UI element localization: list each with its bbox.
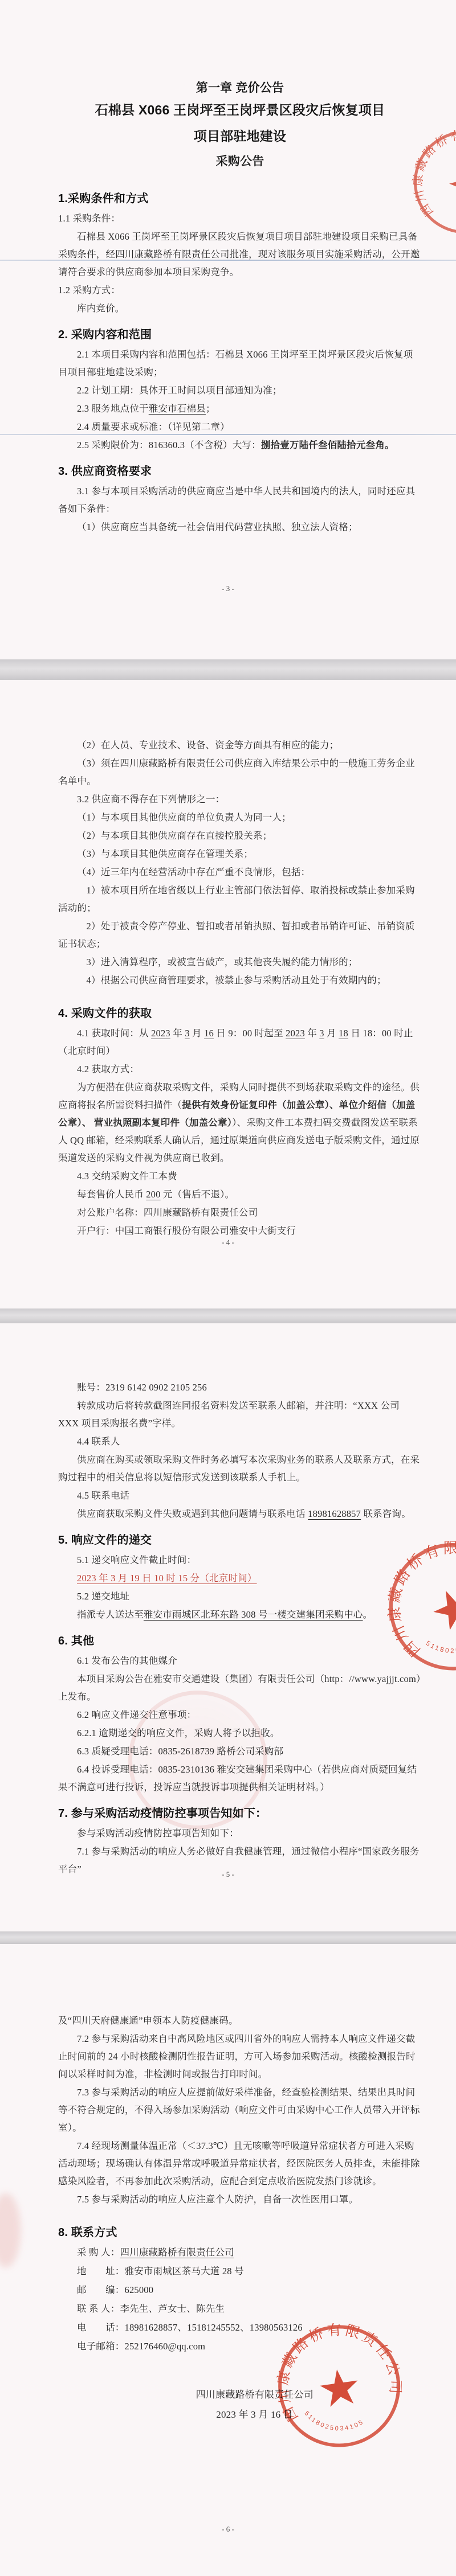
text-run: 4.4 联系人 [77,1436,120,1447]
signature-company: 四川康藏路桥有限责任公司 [58,2386,422,2403]
paragraph: 2.2 计划工期：具体开工时间以项目部通知为准； [58,382,422,399]
text-run: 1.2 采购方式： [58,285,120,296]
paragraph: 对公账户名称：四川康藏路桥有限责任公司 [58,1204,422,1221]
paragraph: 1.2 采购方式： [58,281,422,299]
section-heading: 5. 响应文件的递交 [58,1531,422,1550]
paragraph: 供应商在购买或领取采购文件时务必填写本次采购业务的联系人及联系方式，在采购过程中… [58,1451,422,1486]
page-number: - 6 - [0,2525,456,2534]
paragraph: 4.3 交纳采购文件工本费 [58,1167,422,1185]
text-run: 6.2 响应文件递交注意事项： [77,1709,196,1720]
section-heading: 3. 供应商资格要求 [58,462,422,481]
text-run: 月 [190,1028,204,1039]
paragraph: 库内竞价。 [58,300,422,317]
text-run: （2）在人员、专业技术、设备、资金等方面具有相应的能力； [77,740,339,750]
text-run: 2）处于被责令停产停业、暂扣或者吊销执照、暂扣或者吊销许可证、吊销资质证书状态； [58,921,415,949]
text-run: 雅安市石棉县 [149,403,206,414]
paragraph: 本项目采购公告在雅安市交通建设（集团）有限责任公司（http：//www.yaj… [58,1670,422,1705]
chapter-title: 第一章 竞价公告 [58,80,422,97]
text-run: 4.1 获取时间：从 [77,1028,151,1039]
text-run: 2.4 质量要求或标准：（详见第二章） [77,421,230,432]
paragraph: 4.1 获取时间：从 2023 年 3 月 16 日 9：00 时起至 2023… [58,1024,422,1060]
text-run: 石棉县 X066 王岗坪至王岗坪景区段灾后恢复项目项目部驻地建设项目采购已具备采… [58,231,420,277]
paragraph: 5.2 递交地址 [58,1588,422,1605]
text-run: 2. 采购内容和范围 [58,329,152,341]
text-run: 。 [363,1609,373,1620]
paragraph: 2.3 服务地点位于雅安市石棉县； [58,400,422,417]
text-run: 采 购 人： [77,2247,120,2258]
text-run: 8. 联系方式 [58,2226,117,2239]
paragraph: 7.3 参与采购活动的响应人应提前做好采样准备，经查验检测结果、结果出具时间等不… [58,2083,422,2136]
paragraph: 4.2 获取方式： [58,1060,422,1078]
text-run: 200 [146,1189,160,1200]
text-run: 对公账户名称：四川康藏路桥有限责任公司 [77,1207,258,1218]
paragraph: 7.5 参与采购活动的响应人应注意个人防护，自备一次性医用口罩。 [58,2191,422,2208]
section-heading: 7. 参与采购活动疫情防控事项告知如下： [58,1804,422,1823]
paragraph: （1）供应商应当具备统一社会信用代码营业执照、独立法人资格； [58,518,422,536]
paragraph: 6.2.1 逾期递交的响应文件，采购人将予以拒收。 [58,1724,422,1742]
text-run: 4.2 获取方式： [77,1064,139,1074]
text-run: 2023 [151,1028,170,1039]
text-run: 年 [305,1028,319,1039]
paragraph: 1.1 采购条件： [58,210,422,227]
page-number: - 4 - [0,1238,456,1247]
text-run: ； [206,403,215,414]
text-run: 转款成功后将转款截图连同报名资料发送至联系人邮箱，并注明：“XXX 公司 XXX… [58,1400,400,1429]
paragraph: 4）根据公司供应商管理要求，被禁止参与采购活动且处于有效期内的； [58,971,422,989]
paragraph: 账号：2319 6142 0902 2105 256 [58,1379,422,1396]
text-run: 2023 年 3 月 19 日 10 时 15 分（北京时间） [77,1573,257,1584]
text-run: 2.3 服务地点位于 [77,403,149,414]
text-run: 电子邮箱：252176460@qq.com [77,2341,205,2352]
text-run: （4）近三年内在经营活动中存在严重不良情形，包括： [77,867,310,877]
section-heading: 1.采购条件和方式 [58,189,422,208]
paragraph: 2.5 采购限价为：816360.3（不含税）大写：捌拾壹万陆仟叁佰陆拾元叁角。 [58,436,422,454]
paragraph: （1）与本项目其他供应商的单位负责人为同一人； [58,809,422,826]
text-run: 6.4 投诉受理电话：0835-2310136 雅安交建集团采购中心（若供应商对… [58,1764,417,1792]
text-run: 本项目采购公告在雅安市交通建设（集团）有限责任公司（http：//www.yaj… [58,1673,421,1702]
paragraph: （3）与本项目其他供应商存在管理关系； [58,845,422,863]
text-run: 捌拾壹万陆仟叁佰陆拾元叁角。 [261,440,394,450]
text-run: 2.1 本项目采购内容和范围包括：石棉县 X066 王岗坪至王岗坪景区段灾后恢复… [58,349,413,378]
text-run: （1）与本项目其他供应商的单位负责人为同一人； [77,812,291,823]
paragraph: （2）在人员、专业技术、设备、资金等方面具有相应的能力； [58,736,422,754]
text-run: 4.3 交纳采购文件工本费 [77,1171,177,1182]
page-3: 账号：2319 6142 0902 2105 256转款成功后将转款截图连同报名… [0,1323,456,1931]
text-run: 3 [185,1028,189,1039]
paragraph: 转款成功后将转款截图连同报名资料发送至联系人邮箱，并注明：“XXX 公司 XXX… [58,1397,422,1432]
text-run: 年 [170,1028,185,1039]
section-heading: 6. 其他 [58,1631,422,1651]
text-run: 6. 其他 [58,1635,94,1647]
page-number: - 3 - [0,584,456,593]
text-run: 库内竞价。 [77,303,125,314]
text-run: 1.1 采购条件： [58,213,120,224]
page-2-content: （2）在人员、专业技术、设备、资金等方面具有相应的能力；（3）须在四川康藏路桥有… [0,680,456,1240]
document-title: 石棉县 X066 王岗坪至王岗坪景区段灾后恢复项目 [58,97,422,123]
text-run: 2023 [286,1028,305,1039]
paragraph: 参与采购活动疫情防控事项告知如下： [58,1824,422,1842]
section-heading: 4. 采购文件的获取 [58,1004,422,1023]
text-run: 邮 编：625000 [77,2284,153,2295]
text-run: 采购公告 [216,155,264,168]
paragraph: （4）近三年内在经营活动中存在严重不良情形，包括： [58,863,422,881]
text-run: 7.3 参与采购活动的响应人应提前做好采样准备，经查验检测结果、结果出具时间等不… [58,2087,420,2133]
text-run: 6.1 发布公告的其他媒介 [77,1655,177,1666]
text-run: 6.2.1 逾期递交的响应文件，采购人将予以拒收。 [77,1728,280,1738]
text-run: 18981628857 [308,1508,361,1519]
page-3-content: 账号：2319 6142 0902 2105 256转款成功后将转款截图连同报名… [0,1323,456,1878]
text-run: 雅安市雨城区北环东路 308 号一楼交建集团采购中心 [144,1609,363,1620]
text-run: 日 9：00 时起至 [214,1028,286,1039]
text-run: 账号：2319 6142 0902 2105 256 [77,1382,207,1393]
text-run: 4）根据公司供应商管理要求，被禁止参与采购活动且处于有效期内的； [87,975,386,986]
text-run: 7. 参与采购活动疫情防控事项告知如下： [58,1807,267,1820]
text-run: 3 [319,1028,324,1039]
paragraph: 3）进入清算程序，或被宣告破产，或其他丧失履约能力情形的； [58,953,422,971]
text-run: 项目部驻地建设 [194,129,286,143]
page-separator [0,1308,456,1323]
text-run: 第一章 竞价公告 [196,81,284,95]
signature-date: 2023 年 3 月 16 日 [58,2406,422,2423]
text-run: 5. 响应文件的递交 [58,1534,152,1547]
paragraph: （3）须在四川康藏路桥有限责任公司供应商入库结果公示中的一般施工劳务企业名单中。 [58,754,422,790]
text-run: 6.3 质疑受理电话：0835-2618739 路桥公司采购部 [77,1746,283,1757]
text-run: （1）供应商应当具备统一社会信用代码营业执照、独立法人资格； [77,522,358,532]
page-2: （2）在人员、专业技术、设备、资金等方面具有相应的能力；（3）须在四川康藏路桥有… [0,680,456,1308]
text-run: （3）须在四川康藏路桥有限责任公司供应商入库结果公示中的一般施工劳务企业名单中。 [58,758,415,786]
contact-row: 采 购 人：四川康藏路桥有限责任公司 [58,2243,422,2261]
paragraph: （2）与本项目其他供应商存在直接控股关系； [58,827,422,844]
paragraph: 2.1 本项目采购内容和范围包括：石棉县 X066 王岗坪至王岗坪景区段灾后恢复… [58,346,422,381]
text-run: （2）与本项目其他供应商存在直接控股关系； [77,830,272,841]
scanned-document: 第一章 竞价公告石棉县 X066 王岗坪至王岗坪景区段灾后恢复项目项目部驻地建设… [0,0,456,2576]
text-run: 地 址：雅安市雨城区茶马大道 28 号 [77,2266,244,2276]
text-run: 元（售后不退）。 [161,1189,235,1200]
paragraph: 1）被本项目所在地省级以上行业主管部门依法暂停、取消投标或禁止参加采购活动的； [58,881,422,917]
text-run: 2.2 计划工期：具体开工时间以项目部通知为准； [77,385,282,396]
page-1-content: 第一章 竞价公告石棉县 X066 王岗坪至王岗坪景区段灾后恢复项目项目部驻地建设… [0,0,456,536]
text-run: 4.5 联系电话 [77,1490,129,1501]
text-run: 3. 供应商资格要求 [58,465,152,478]
paragraph: 3.2 供应商不得存在下列情形之一： [58,790,422,808]
text-run: 18 [339,1028,348,1039]
paragraph: 每套售价人民币 200 元（售后不退）。 [58,1186,422,1203]
text-run: 7.4 经现场测量体温正常（＜37.3℃）且无咳嗽等呼吸道异常症状者方可进入采购… [58,2140,420,2187]
paragraph: 指派专人送达至雅安市雨城区北环东路 308 号一楼交建集团采购中心。 [58,1606,422,1623]
text-run: 2.5 采购限价为：816360.3（不含税）大写： [77,440,261,450]
paragraph: 7.4 经现场测量体温正常（＜37.3℃）且无咳嗽等呼吸道异常症状者方可进入采购… [58,2137,422,2190]
paragraph: 及“四川天府健康通”申领本人防疫健康码。 [58,2012,422,2029]
text-run: 1）被本项目所在地省级以上行业主管部门依法暂停、取消投标或禁止参加采购活动的； [58,885,415,913]
text-run: 供应商在购买或领取采购文件时务必填写本次采购业务的联系人及联系方式，在采购过程中… [58,1454,420,1483]
paragraph: 4.5 联系电话 [58,1487,422,1504]
paragraph: 7.2 参与采购活动来自中高风险地区或四川省外的响应人需持本人响应文件递交截止时… [58,2030,422,2083]
text-run: 3.2 供应商不得存在下列情形之一： [77,794,225,805]
paragraph: 开户行：中国工商银行股份有限公司雅安中大街支行 [58,1222,422,1240]
section-heading: 8. 联系方式 [58,2223,422,2242]
paragraph: 供应商获取采购文件失败或遇到其他问题请与联系电话 18981628857 联系咨… [58,1505,422,1523]
paragraph: 6.2 响应文件递交注意事项： [58,1706,422,1724]
text-run: 4. 采购文件的获取 [58,1007,152,1020]
text-run: 7.2 参与采购活动来自中高风险地区或四川省外的响应人需持本人响应文件递交截止时… [58,2033,416,2079]
page-number: - 5 - [0,1870,456,1879]
paragraph: 5.1 递交响应文件截止时间： [58,1551,422,1569]
paragraph: 6.1 发布公告的其他媒介 [58,1652,422,1670]
text-run: 月 [324,1028,339,1039]
text-run: 供应商获取采购文件失败或遇到其他问题请与联系电话 [77,1508,308,1519]
text-run: 16 [204,1028,214,1039]
text-run: 5.2 递交地址 [77,1591,129,1602]
text-run: 四川康藏路桥有限责任公司 [196,2389,313,2400]
text-run: 电 话：18981628857、15181245552、13980563126 [77,2322,303,2333]
text-run: 3.1 参与本项目采购活动的供应商应当是中华人民共和国境内的法人，同时还应具备如… [58,486,415,514]
document-subtitle: 采购公告 [58,149,422,174]
text-run: 每套售价人民币 [77,1189,146,1200]
paragraph: 石棉县 X066 王岗坪至王岗坪景区段灾后恢复项目项目部驻地建设项目采购已具备采… [58,228,422,281]
text-run: 2023 年 3 月 16 日 [216,2409,293,2420]
page-1: 第一章 竞价公告石棉县 X066 王岗坪至王岗坪景区段灾后恢复项目项目部驻地建设… [0,0,456,659]
paragraph: 2.4 质量要求或标准：（详见第二章） [58,418,422,436]
page-separator [0,659,456,680]
text-run: 开户行：中国工商银行股份有限公司雅安中大街支行 [77,1225,296,1236]
text-run: 5.1 递交响应文件截止时间： [77,1554,196,1565]
page-separator [0,1931,456,1944]
page-4-content: 及“四川天府健康通”申领本人防疫健康码。7.2 参与采购活动来自中高风险地区或四… [0,1944,456,2423]
paragraph: 3.1 参与本项目采购活动的供应商应当是中华人民共和国境内的法人，同时还应具备如… [58,482,422,518]
text-run: 3）进入清算程序，或被宣告破产，或其他丧失履约能力情形的； [87,957,358,967]
paragraph: 2023 年 3 月 19 日 10 时 15 分（北京时间） [58,1569,422,1587]
paragraph: 6.4 投诉受理电话：0835-2310136 雅安交建集团采购中心（若供应商对… [58,1761,422,1796]
document-title: 项目部驻地建设 [58,123,422,149]
text-run: 1.采购条件和方式 [58,192,148,205]
paragraph: 4.4 联系人 [58,1433,422,1450]
text-run: 四川康藏路桥有限责任公司 [120,2247,234,2258]
text-run: 联 系 人：李先生、芦女士、陈先生 [77,2303,225,2314]
page-4: 及“四川天府健康通”申领本人防疫健康码。7.2 参与采购活动来自中高风险地区或四… [0,1944,456,2576]
text-run: 指派专人送达至 [77,1609,144,1620]
text-run: 石棉县 X066 王岗坪至王岗坪景区段灾后恢复项目 [95,102,385,117]
contact-row: 联 系 人：李先生、芦女士、陈先生 [58,2300,422,2317]
text-run: 联系咨询。 [361,1508,411,1519]
text-run: 7.5 参与采购活动的响应人应注意个人防护，自备一次性医用口罩。 [77,2194,358,2205]
paragraph: 为方便潜在供应商获取采购文件，采购人同时提供不到场获取采购文件的途径。供应商将报… [58,1078,422,1167]
text-run: （3）与本项目其他供应商存在管理关系； [77,848,253,859]
paragraph: 2）处于被责令停产停业、暂扣或者吊销执照、暂扣或者吊销许可证、吊销资质证书状态； [58,917,422,953]
text-run: 参与采购活动疫情防控事项告知如下： [77,1828,239,1839]
text-run: 及“四川天府健康通”申领本人防疫健康码。 [58,2015,238,2026]
contact-row: 邮 编：625000 [58,2281,422,2299]
contact-row: 地 址：雅安市雨城区茶马大道 28 号 [58,2262,422,2280]
paragraph: 6.3 质疑受理电话：0835-2618739 路桥公司采购部 [58,1742,422,1760]
contact-row: 电子邮箱：252176460@qq.com [58,2337,422,2355]
section-heading: 2. 采购内容和范围 [58,325,422,344]
contact-row: 电 话：18981628857、15181245552、13980563126 [58,2319,422,2336]
